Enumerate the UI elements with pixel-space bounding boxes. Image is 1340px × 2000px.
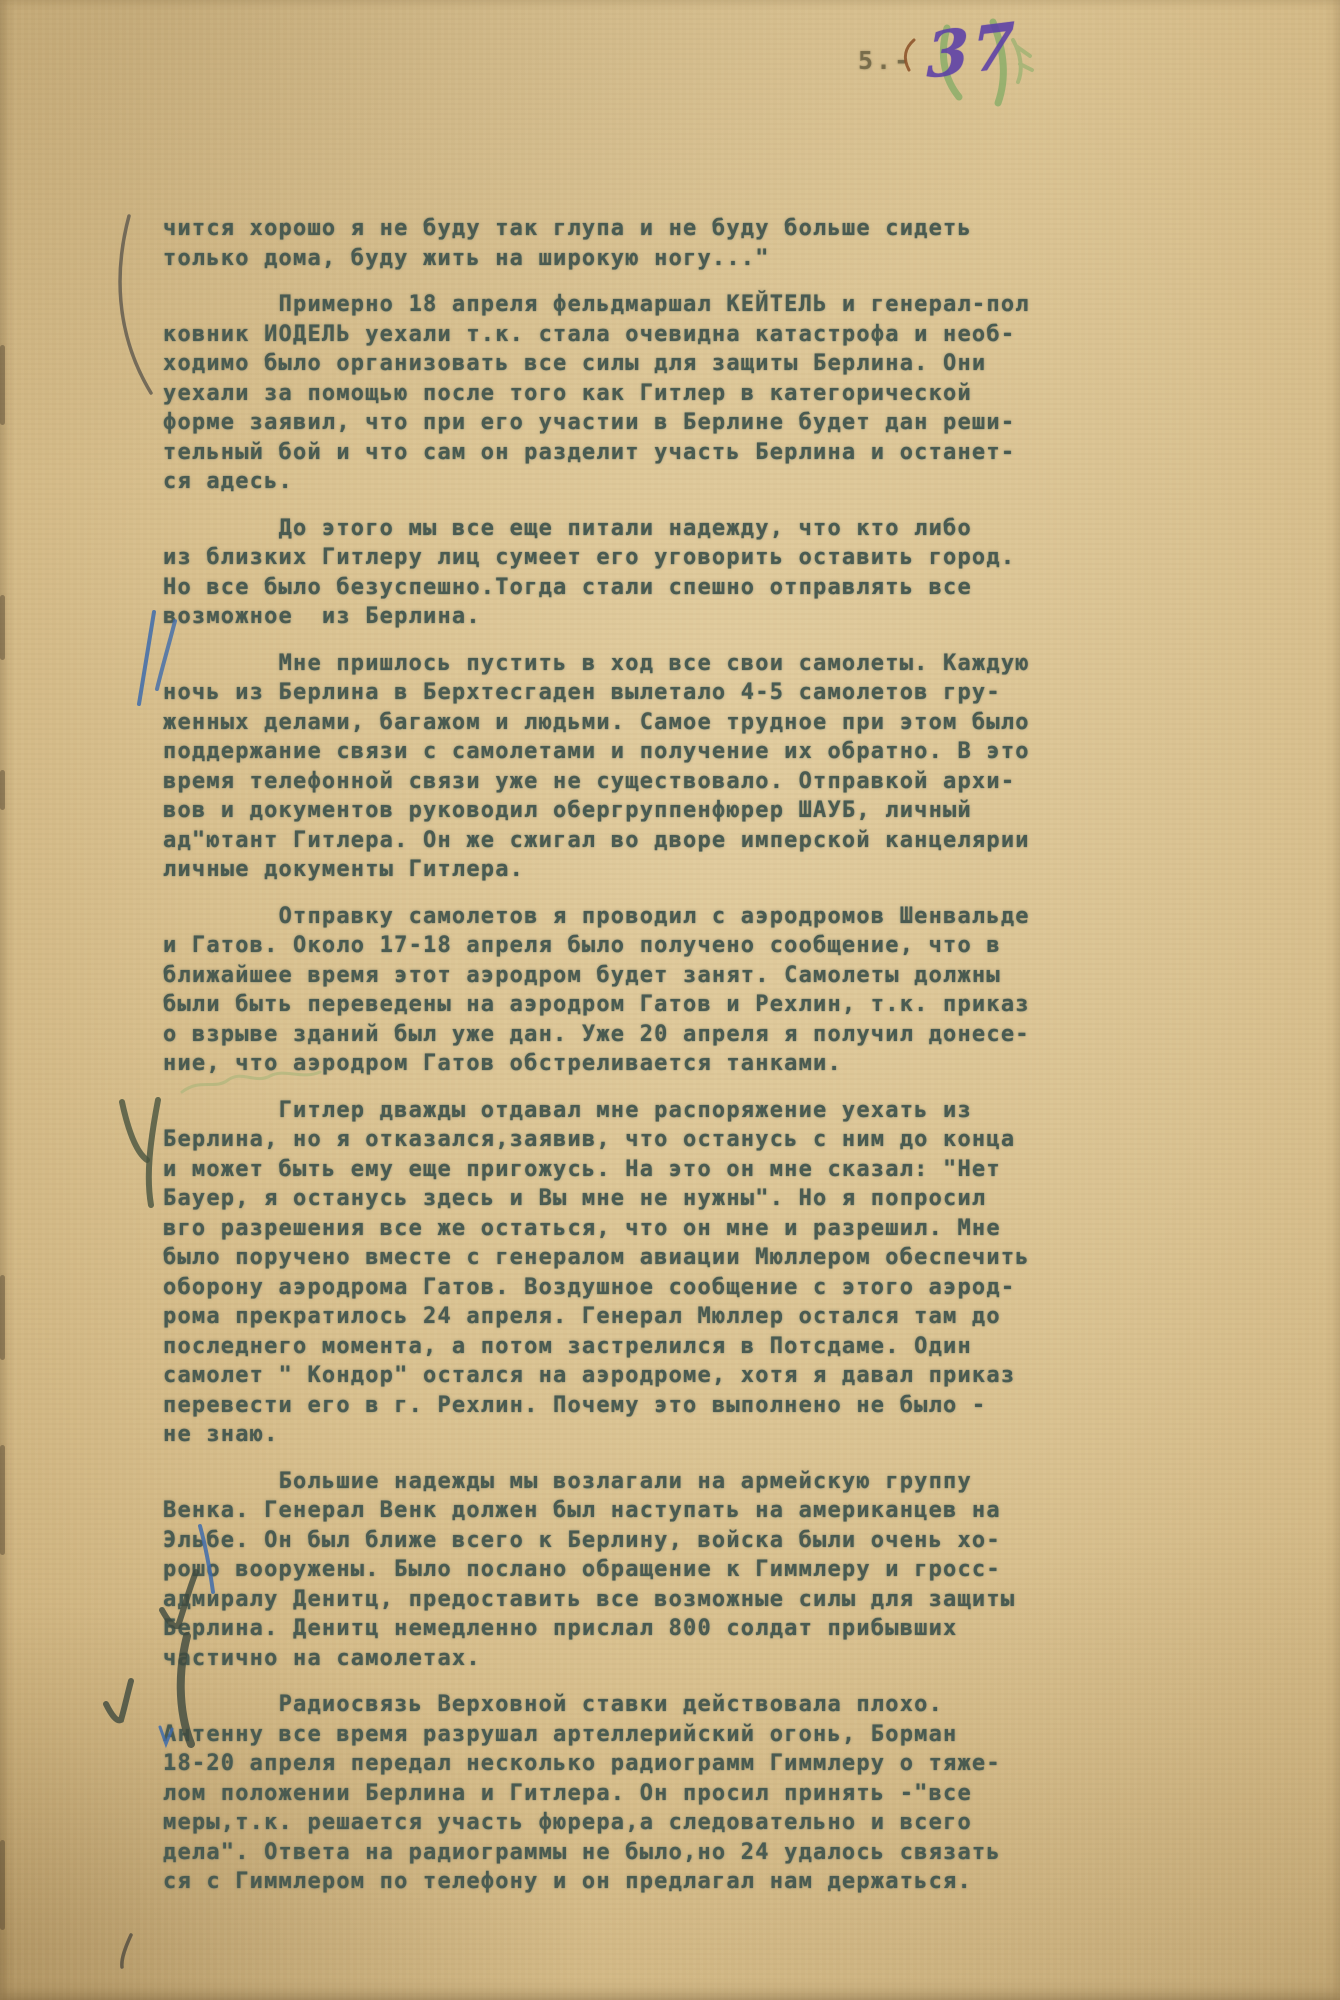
pencil-checkmark-icon bbox=[106, 1681, 131, 1720]
scan-edge-artifact bbox=[0, 1275, 5, 1360]
paragraph: Гитлер дважды отдавал мне распоряжение у… bbox=[163, 1096, 1153, 1450]
blue-pen-slash-icon bbox=[139, 612, 154, 704]
pencil-bottom-tick-icon bbox=[122, 1935, 131, 1967]
document-page: 5.- 37 чится хорошо я не буду так глупа … bbox=[0, 0, 1340, 2000]
scan-edge-artifact bbox=[0, 770, 5, 810]
paragraph: Примерно 18 апреля фельдмаршал КЕЙТЕЛЬ и… bbox=[163, 290, 1153, 497]
paragraph: Большие надежды мы возлагали на армейску… bbox=[163, 1467, 1153, 1674]
handwritten-page-number: 37 bbox=[926, 8, 1018, 93]
paragraph: Мне пришлось пустить в ход все свои само… bbox=[163, 649, 1153, 885]
typed-page-number: 5.- bbox=[858, 46, 912, 75]
document-text: чится хорошо я не буду так глупа и не бу… bbox=[163, 214, 1153, 1914]
paragraph: До этого мы все еще питали надежду, что … bbox=[163, 514, 1153, 632]
green-pencil-check-icon bbox=[122, 1102, 147, 1160]
scan-edge-artifact bbox=[0, 345, 5, 425]
green-pencil-check-icon bbox=[149, 1100, 158, 1205]
paragraph: Радиосвязь Верховной ставки действовала … bbox=[163, 1690, 1153, 1897]
scan-edge-artifact bbox=[0, 1445, 5, 1555]
pencil-curve-mark-icon bbox=[120, 216, 151, 393]
scan-edge-artifact bbox=[0, 1840, 5, 1930]
paragraph: Отправку самолетов я проводил с аэродром… bbox=[163, 902, 1153, 1079]
paragraph: чится хорошо я не буду так глупа и не бу… bbox=[163, 214, 1153, 273]
scan-edge-artifact bbox=[0, 595, 5, 660]
